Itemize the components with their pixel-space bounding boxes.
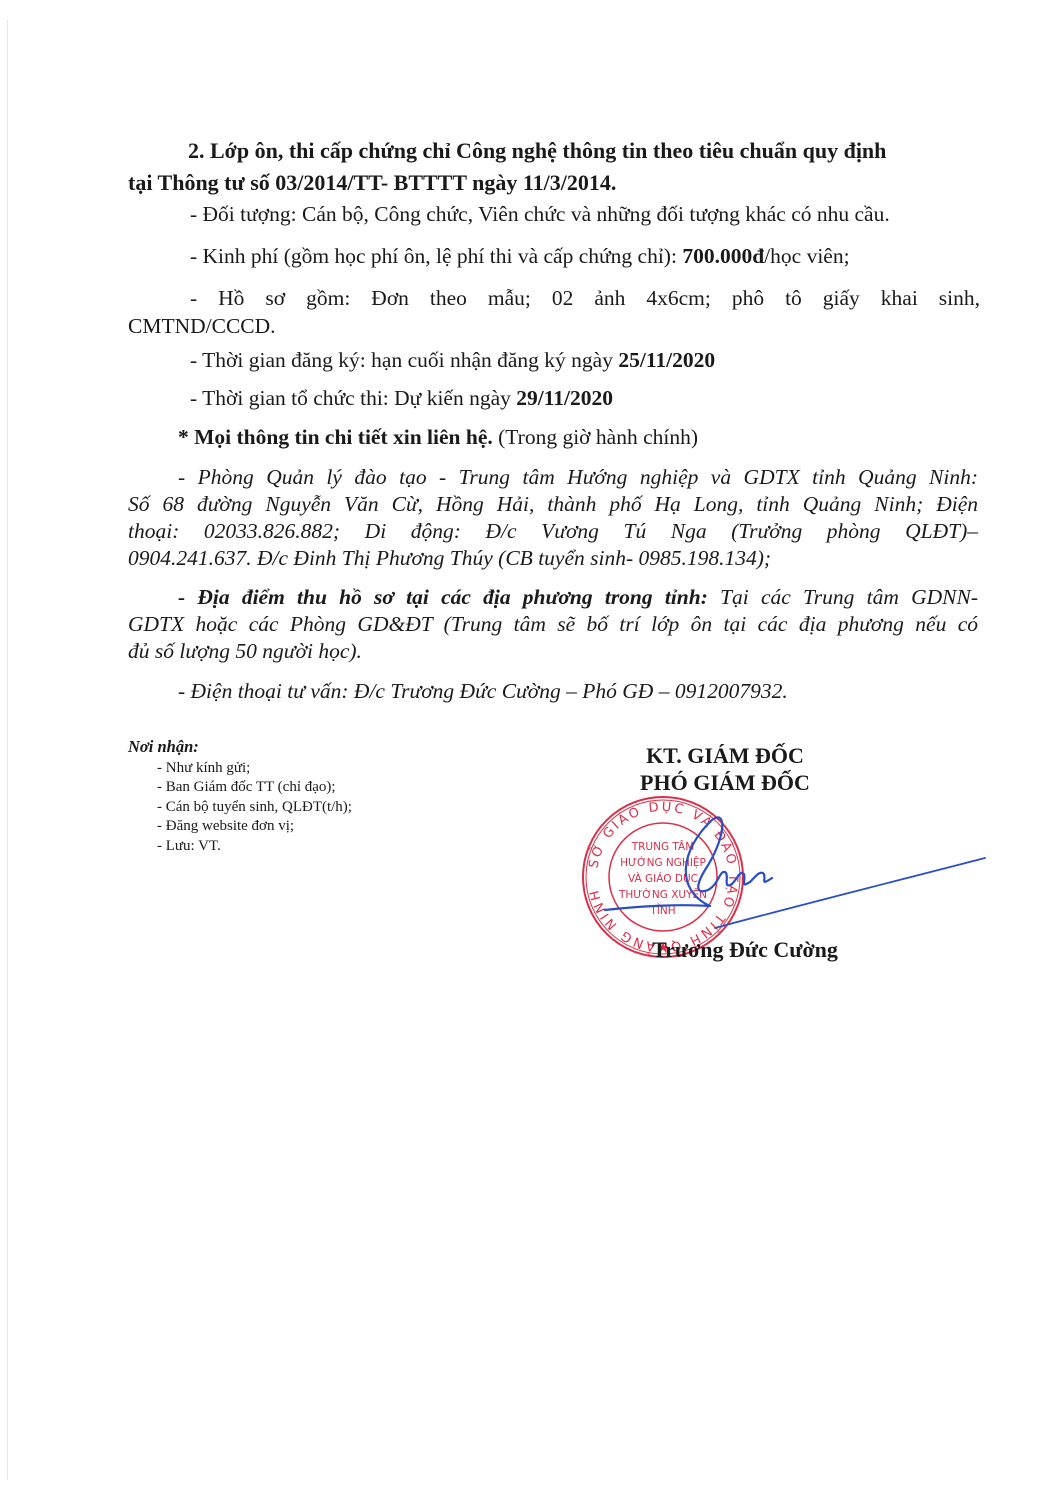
contact-heading-note: (Trong giờ hành chính) [493, 425, 698, 449]
location-label: - Địa điểm thu hồ sơ tại các địa phương … [178, 585, 708, 609]
fee-line: - Kinh phí (gồm học phí ôn, lệ phí thi v… [190, 242, 850, 271]
exam-date: 29/11/2020 [516, 386, 613, 410]
recipient-item: - Ban Giám đốc TT (chỉ đạo); [128, 778, 352, 798]
exam-date-line: - Thời gian tổ chức thi: Dự kiến ngày 29… [190, 384, 613, 413]
office-line-2: Số 68 đường Nguyễn Văn Cừ, Hồng Hải, thà… [128, 490, 978, 519]
dossier-line-2: CMTND/CCCD. [128, 312, 276, 341]
registration-deadline: - Thời gian đăng ký: hạn cuối nhận đăng … [190, 346, 715, 375]
location-line-2: GDTX hoặc các Phòng GD&ĐT (Trung tâm sẽ … [128, 610, 978, 639]
office-line-1: - Phòng Quản lý đào tạo - Trung tâm Hướn… [178, 463, 978, 492]
location-line-3: đủ số lượng 50 người học). [128, 637, 362, 666]
exam-label: - Thời gian tổ chức thi: Dự kiến ngày [190, 386, 516, 410]
recipients-title: Nơi nhận: [128, 737, 352, 757]
fee-unit: /học viên; [764, 244, 849, 268]
section-heading-line-2: tại Thông tư số 03/2014/TT- BTTTT ngày 1… [128, 167, 978, 199]
registration-label: - Thời gian đăng ký: hạn cuối nhận đăng … [190, 348, 618, 372]
location-line-1: - Địa điểm thu hồ sơ tại các địa phương … [178, 583, 978, 612]
advice-phone: - Điện thoại tư vấn: Đ/c Trương Đức Cườn… [178, 677, 788, 706]
location-text: Tại các Trung tâm GDNN- [708, 585, 978, 609]
recipient-item: - Cán bộ tuyển sinh, QLĐT(t/h); [128, 798, 352, 818]
contact-heading-bold: * Mọi thông tin chi tiết xin liên hệ. [178, 425, 493, 449]
section-heading: 2. Lớp ôn, thi cấp chứng chỉ Công nghệ t… [128, 135, 978, 199]
target-audience: - Đối tượng: Cán bộ, Công chức, Viên chứ… [190, 200, 890, 229]
fee-amount: 700.000đ [682, 244, 764, 268]
handwritten-signature-icon [600, 810, 1000, 930]
dossier-line-1: - Hồ sơ gồm: Đơn theo mẫu; 02 ảnh 4x6cm;… [190, 284, 980, 313]
recipient-item: - Lưu: VT. [128, 837, 352, 857]
recipients-block: Nơi nhận: - Như kính gửi; - Ban Giám đốc… [128, 737, 352, 856]
scan-margin-line [7, 20, 8, 1480]
document-page: 2. Lớp ôn, thi cấp chứng chỉ Công nghệ t… [0, 0, 1060, 1499]
signature-title: KT. GIÁM ĐỐC PHÓ GIÁM ĐỐC [600, 742, 850, 796]
signature-title-line-1: KT. GIÁM ĐỐC [600, 742, 850, 769]
recipient-item: - Đăng website đơn vị; [128, 817, 352, 837]
contact-heading: * Mọi thông tin chi tiết xin liên hệ. (T… [178, 423, 698, 452]
office-line-4: 0904.241.637. Đ/c Đinh Thị Phương Thúy (… [128, 544, 771, 573]
recipient-item: - Như kính gửi; [128, 759, 352, 779]
registration-date: 25/11/2020 [618, 348, 715, 372]
signer-name: Trương Đức Cường [600, 937, 890, 963]
section-heading-line-1: 2. Lớp ôn, thi cấp chứng chỉ Công nghệ t… [188, 138, 886, 163]
office-line-3: thoại: 02033.826.882; Di động: Đ/c Vương… [128, 517, 978, 546]
fee-label: - Kinh phí (gồm học phí ôn, lệ phí thi v… [190, 244, 682, 268]
